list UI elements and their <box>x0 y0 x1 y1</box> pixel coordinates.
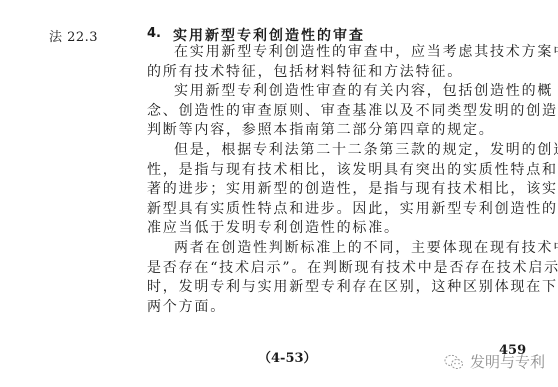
paragraph-line: 是否存在“技术启示”。在判断现有技术中是否存在技术启示 <box>147 259 517 279</box>
watermark: 发明与专利 <box>444 351 545 372</box>
watermark-text: 发明与专利 <box>470 351 545 372</box>
margin-note-law-reference: 法 22.3 <box>49 26 98 45</box>
paragraph-line: 准应当低于发明专利创造性的标准。 <box>147 219 517 239</box>
paragraph-line: 判断等内容，参照本指南第二部分第四章的规定。 <box>147 121 517 141</box>
paragraph-line: 的所有技术特征，包括材料特征和方法特征。 <box>147 63 517 83</box>
paragraph-line: 两个方面。 <box>147 298 517 318</box>
paragraph-line: 新型具有实质性特点和进步。因此，实用新型专利创造性的标 <box>147 200 517 220</box>
page-reference: （4-53） <box>258 347 317 366</box>
paragraph-line: 著的进步；实用新型的创造性，是指与现有技术相比，该实用 <box>147 180 517 200</box>
paragraph-line: 两者在创造性判断标准上的不同，主要体现在现有技术中 <box>147 239 517 259</box>
paragraph-line: 在实用新型专利创造性的审查中，应当考虑其技术方案中 <box>147 43 517 63</box>
paragraph-line: 性，是指与现有技术相比，该发明具有突出的实质性特点和显 <box>147 161 517 181</box>
paragraph-line: 念、创造性的审查原则、审查基准以及不同类型发明的创造性 <box>147 102 517 122</box>
section-title: 实用新型专利创造性的审查 <box>173 25 365 45</box>
body-text: 在实用新型专利创造性的审查中，应当考虑其技术方案中 的所有技术特征，包括材料特征… <box>147 43 517 317</box>
paragraph-line: 但是，根据专利法第二十二条第三款的规定，发明的创造 <box>147 141 517 161</box>
wechat-icon <box>444 354 464 370</box>
section-number: 4. <box>147 26 161 41</box>
paragraph-line: 时，发明专利与实用新型专利存在区别，这种区别体现在下述 <box>147 278 517 298</box>
paragraph-line: 实用新型专利创造性审查的有关内容，包括创造性的概 <box>147 82 517 102</box>
